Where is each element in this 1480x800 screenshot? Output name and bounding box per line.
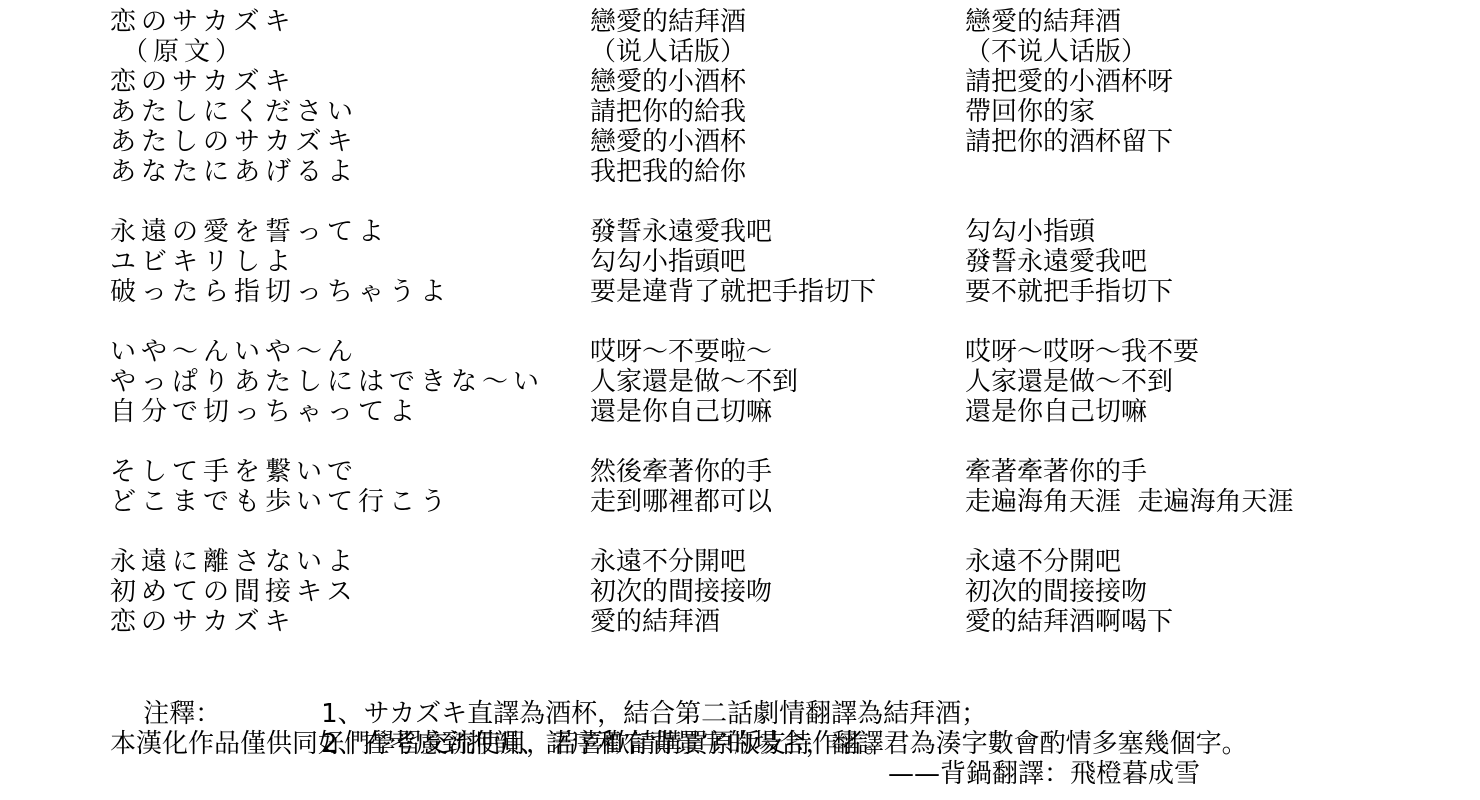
lyric-line: 發誓永遠愛我吧 [590,217,876,247]
lyric-line: 愛的結拜酒 [590,607,876,637]
lyric-line: ユビキリしよ [110,247,544,277]
lyric-line: あたしにください [110,97,544,127]
lyric-line: 然後牽著你的手 [590,457,876,487]
lyric-line: 初次的間接接吻 [965,577,1294,607]
lyric-line: 勾勾小指頭 [965,217,1294,247]
lyric-line: 愛的結拜酒啊喝下 [965,607,1294,637]
lyric-line: 永遠不分開吧 [965,547,1294,577]
lyric-line: やっぱりあたしにはできな～い [110,367,544,397]
plain-translation-column: 戀愛的結拜酒 （说人话版） 戀愛的小酒杯 請把你的給我 戀愛的小酒杯 我把我的給… [590,7,876,637]
original-subtitle: （原文） [110,37,544,67]
lyric-line: 永遠に離さないよ [110,547,544,577]
lyric-line: 永遠不分開吧 [590,547,876,577]
poetic-title: 戀愛的結拜酒 [965,7,1294,37]
lyric-line: 要是違背了就把手指切下 [590,277,876,307]
lyric-line: 永遠の愛を誓ってよ [110,217,544,247]
lyric-line: 帶回你的家 [965,97,1294,127]
lyric-line: 恋のサカズキ [110,67,544,97]
lyric-line: 破ったら指切っちゃうよ [110,277,544,307]
lyric-line: 要不就把手指切下 [965,277,1294,307]
lyric-line: 勾勾小指頭吧 [590,247,876,277]
translator-signature: ——背鍋翻譯：飛橙暮成雪 [110,759,1248,789]
original-lyrics-column: 恋のサカズキ （原文） 恋のサカズキ あたしにください あたしのサカズキ あなた… [110,7,544,637]
lyric-line: 請把愛的小酒杯呀 [965,67,1294,97]
lyric-line: そして手を繋いで [110,457,544,487]
lyric-line: いや～んいや～ん [110,337,544,367]
translator-notes: 注釋：1、サカズキ直譯為酒杯，結合第二話劇情翻譯為結拜酒； 2、在考慮到押韻、語… [110,669,1248,789]
lyric-line: 牽著牽著你的手 [965,457,1294,487]
lyric-line: 人家還是做～不到 [590,367,876,397]
lyric-line: 走遍海角天涯 走遍海角天涯 [965,487,1294,517]
plain-title: 戀愛的結拜酒 [590,7,876,37]
lyric-line: 自分で切っちゃってよ [110,397,544,427]
note-item: 1、サカズキ直譯為酒杯，結合第二話劇情翻譯為結拜酒； [321,699,987,729]
poetic-subtitle: （不说人话版） [965,37,1294,67]
lyric-line: 恋のサカズキ [110,607,544,637]
lyric-line: 初めての間接キス [110,577,544,607]
lyric-line: 人家還是做～不到 [965,367,1294,397]
lyric-line: 我把我的給你 [590,157,876,187]
original-title: 恋のサカズキ [110,7,544,37]
poetic-translation-column: 戀愛的結拜酒 （不说人话版） 請把愛的小酒杯呀 帶回你的家 請把你的酒杯留下 勾… [965,7,1294,637]
lyric-line: あたしのサカズキ [110,127,544,157]
lyric-line: 初次的間接接吻 [590,577,876,607]
lyric-line [965,157,1294,187]
lyric-line: 請把你的酒杯留下 [965,127,1294,157]
lyric-line: 發誓永遠愛我吧 [965,247,1294,277]
lyric-line: 走到哪裡都可以 [590,487,876,517]
plain-subtitle: （说人话版） [590,37,876,67]
lyric-line: 請把你的給我 [590,97,876,127]
lyric-line: 戀愛的小酒杯 [590,67,876,97]
lyric-line: 還是你自己切嘛 [590,397,876,427]
lyric-line: 還是你自己切嘛 [965,397,1294,427]
lyric-line: あなたにあげるよ [110,157,544,187]
lyric-line: 哎呀～不要啦～ [590,337,876,367]
lyric-line: どこまでも歩いて行こう [110,487,544,517]
note-line-1: 注釋：1、サカズキ直譯為酒杯，結合第二話劇情翻譯為結拜酒； [110,669,1248,699]
notes-label: 注釋： [143,699,321,729]
lyric-line: 戀愛的小酒杯 [590,127,876,157]
lyric-line: 哎呀～哎呀～我不要 [965,337,1294,367]
